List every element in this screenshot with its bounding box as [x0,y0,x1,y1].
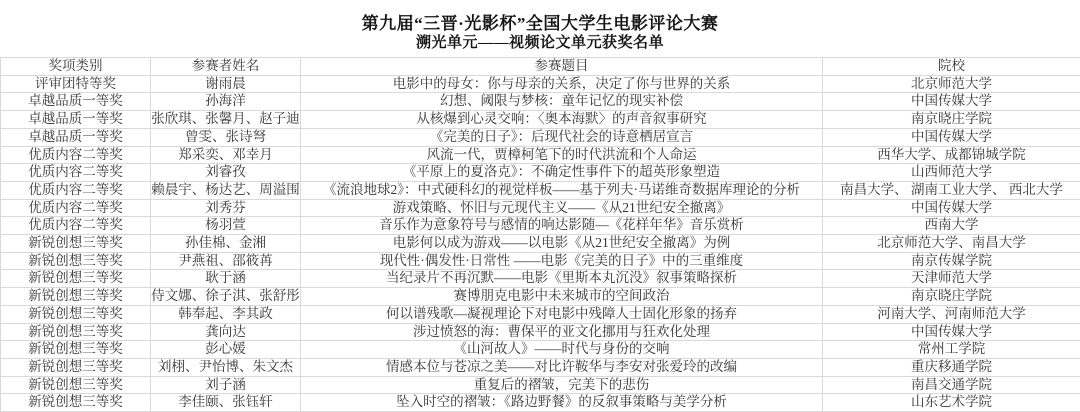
title-cell: 情感本位与苍凉之美——对比许鞍华与李安对张爱玲的改编 [301,358,823,376]
title-cell: 重复后的褶皱，完美下的悲伤 [301,376,823,394]
table-row: 优质内容二等奖刘睿孜《平原上的夏洛克》：不确定性事件下的超英形象塑造山西师范大学 [1,164,1080,182]
title-cell: 赛博朋克电影中未来城市的空间政治 [301,288,823,306]
table-row: 卓越品质一等奖曾雯、张诗弩《完美的日子》：后现代社会的诗意栖居宣言中国传媒大学 [1,128,1080,146]
title-cell: 《平原上的夏洛克》：不确定性事件下的超英形象塑造 [301,164,823,182]
school-cell: 南京晓庄学院 [823,288,1080,306]
school-cell: 河南大学、河南师范大学 [823,305,1080,323]
names-cell: 谢雨晨 [151,75,301,93]
names-cell: 刘栩、尹怡博、朱文杰 [151,358,301,376]
school-cell: 中国传媒大学 [823,199,1080,217]
school-cell: 中国传媒大学 [823,93,1080,111]
award-list-document: 第九届“三晋·光影杯”全国大学生电影评论大赛 溯光单元——视频论文单元获奖名单 … [0,0,1080,412]
table-row: 优质内容二等奖赖晨宇、杨达艺、周溢围《流浪地球2》：中式硬科幻的视觉样板——基于… [1,181,1080,199]
school-cell: 天津师范大学 [823,270,1080,288]
title-cell: 现代性·偶发性·日常性 ——电影《完美的日子》中的三重维度 [301,252,823,270]
names-cell: 尹燕祖、邵筱苒 [151,252,301,270]
school-cell: 西南大学 [823,217,1080,235]
names-cell: 李佳颐、张钰轩 [151,394,301,412]
school-cell: 南昌大学、 湖南工业大学、 西北大学 [823,181,1080,199]
table-row: 新锐创想三等奖刘栩、尹怡博、朱文杰情感本位与苍凉之美——对比许鞍华与李安对张爱玲… [1,358,1080,376]
awards-table: 奖项类别 参赛者姓名 参赛题目 院校 评审团特等奖谢雨晨电影中的母女：你与母亲的… [0,57,1080,412]
names-cell: 刘子涵 [151,376,301,394]
names-cell: 刘秀芬 [151,199,301,217]
names-cell: 孙佳棉、金湘 [151,235,301,253]
names-cell: 郑采奕、邓幸月 [151,146,301,164]
title-cell: 游戏策略、怀旧与元现代主义——《从21世纪安全撤离》 [301,199,823,217]
title-cell: 电影中的母女：你与母亲的关系，决定了你与世界的关系 [301,75,823,93]
award-cell: 优质内容二等奖 [1,199,151,217]
award-cell: 新锐创想三等奖 [1,376,151,394]
table-row: 新锐创想三等奖尹燕祖、邵筱苒现代性·偶发性·日常性 ——电影《完美的日子》中的三… [1,252,1080,270]
table-row: 新锐创想三等奖孙佳棉、金湘电影何以成为游戏——以电影《从21世纪安全撤离》为例北… [1,235,1080,253]
names-cell: 耿于涵 [151,270,301,288]
title-cell: 当纪录片不再沉默——电影《里斯本丸沉没》叙事策略探析 [301,270,823,288]
school-cell: 北京师范大学 [823,75,1080,93]
school-cell: 常州工学院 [823,341,1080,359]
award-cell: 优质内容二等奖 [1,181,151,199]
title-cell: 风流一代，贾樟柯笔下的时代洪流和个人命运 [301,146,823,164]
title-cell: 涉过愤怒的海：曹保平的亚文化挪用与狂欢化处理 [301,323,823,341]
title-cell: 《流浪地球2》：中式硬科幻的视觉样板——基于列夫·马诺维奇数据库理论的分析 [301,181,823,199]
school-cell: 山东艺术学院 [823,394,1080,412]
table-row: 新锐创想三等奖耿于涵当纪录片不再沉默——电影《里斯本丸沉没》叙事策略探析天津师范… [1,270,1080,288]
table-row: 优质内容二等奖郑采奕、邓幸月风流一代，贾樟柯笔下的时代洪流和个人命运西华大学、成… [1,146,1080,164]
table-row: 评审团特等奖谢雨晨电影中的母女：你与母亲的关系，决定了你与世界的关系北京师范大学 [1,75,1080,93]
header-participant-names: 参赛者姓名 [151,58,301,76]
table-body: 评审团特等奖谢雨晨电影中的母女：你与母亲的关系，决定了你与世界的关系北京师范大学… [1,75,1080,411]
award-cell: 新锐创想三等奖 [1,323,151,341]
names-cell: 张欣琪、张馨月、赵子迪 [151,111,301,129]
names-cell: 曾雯、张诗弩 [151,128,301,146]
school-cell: 中国传媒大学 [823,323,1080,341]
table-row: 优质内容二等奖刘秀芬游戏策略、怀旧与元现代主义——《从21世纪安全撤离》中国传媒… [1,199,1080,217]
award-cell: 新锐创想三等奖 [1,358,151,376]
title-cell: 《山河故人》——时代与身份的交响 [301,341,823,359]
document-subtitle: 溯光单元——视频论文单元获奖名单 [0,34,1080,53]
award-cell: 卓越品质一等奖 [1,93,151,111]
names-cell: 赖晨宇、杨达艺、周溢围 [151,181,301,199]
school-cell: 重庆移通学院 [823,358,1080,376]
award-cell: 新锐创想三等奖 [1,252,151,270]
names-cell: 孙海洋 [151,93,301,111]
table-row: 新锐创想三等奖彭心媛《山河故人》——时代与身份的交响常州工学院 [1,341,1080,359]
header-award-category: 奖项类别 [1,58,151,76]
names-cell: 彭心媛 [151,341,301,359]
document-title: 第九届“三晋·光影杯”全国大学生电影评论大赛 [0,0,1080,34]
school-cell: 北京师范大学、南昌大学 [823,235,1080,253]
award-cell: 优质内容二等奖 [1,146,151,164]
table-row: 卓越品质一等奖孙海洋幻想、阈限与梦核：童年记忆的现实补偿中国传媒大学 [1,93,1080,111]
table-row: 优质内容二等奖杨羽萱音乐作为意象符号与感情的响达影随—《花样年华》音乐赏析西南大… [1,217,1080,235]
names-cell: 侍文娜、徐子淇、张舒彤 [151,288,301,306]
award-cell: 新锐创想三等奖 [1,270,151,288]
title-cell: 从核爆到心灵交响：〈奥本海默〉的声音叙事研究 [301,111,823,129]
table-row: 新锐创想三等奖李佳颐、张钰轩坠入时空的褶皱：《路边野餐》的反叙事策略与美学分析山… [1,394,1080,412]
title-cell: 幻想、阈限与梦核：童年记忆的现实补偿 [301,93,823,111]
award-cell: 新锐创想三等奖 [1,288,151,306]
header-institution: 院校 [823,58,1080,76]
table-row: 卓越品质一等奖张欣琪、张馨月、赵子迪从核爆到心灵交响：〈奥本海默〉的声音叙事研究… [1,111,1080,129]
names-cell: 韩奉起、李其政 [151,305,301,323]
table-row: 新锐创想三等奖龚向达涉过愤怒的海：曹保平的亚文化挪用与狂欢化处理中国传媒大学 [1,323,1080,341]
title-cell: 电影何以成为游戏——以电影《从21世纪安全撤离》为例 [301,235,823,253]
school-cell: 中国传媒大学 [823,128,1080,146]
award-cell: 新锐创想三等奖 [1,235,151,253]
award-cell: 卓越品质一等奖 [1,111,151,129]
names-cell: 杨羽萱 [151,217,301,235]
header-row: 奖项类别 参赛者姓名 参赛题目 院校 [1,58,1080,76]
school-cell: 山西师范大学 [823,164,1080,182]
title-cell: 何以谱残歌—凝视理论下对电影中残障人士固化形象的扬弃 [301,305,823,323]
school-cell: 南京晓庄学院 [823,111,1080,129]
school-cell: 南京传媒学院 [823,252,1080,270]
award-cell: 新锐创想三等奖 [1,341,151,359]
award-cell: 新锐创想三等奖 [1,394,151,412]
table-row: 新锐创想三等奖韩奉起、李其政何以谱残歌—凝视理论下对电影中残障人士固化形象的扬弃… [1,305,1080,323]
title-cell: 音乐作为意象符号与感情的响达影随—《花样年华》音乐赏析 [301,217,823,235]
award-cell: 优质内容二等奖 [1,217,151,235]
award-cell: 评审团特等奖 [1,75,151,93]
award-cell: 卓越品质一等奖 [1,128,151,146]
award-cell: 优质内容二等奖 [1,164,151,182]
header-entry-title: 参赛题目 [301,58,823,76]
names-cell: 刘睿孜 [151,164,301,182]
title-cell: 《完美的日子》：后现代社会的诗意栖居宣言 [301,128,823,146]
table-row: 新锐创想三等奖侍文娜、徐子淇、张舒彤赛博朋克电影中未来城市的空间政治南京晓庄学院 [1,288,1080,306]
award-cell: 新锐创想三等奖 [1,305,151,323]
school-cell: 西华大学、成都锦城学院 [823,146,1080,164]
names-cell: 龚向达 [151,323,301,341]
title-cell: 坠入时空的褶皱：《路边野餐》的反叙事策略与美学分析 [301,394,823,412]
school-cell: 南昌交通学院 [823,376,1080,394]
table-row: 新锐创想三等奖刘子涵重复后的褶皱，完美下的悲伤南昌交通学院 [1,376,1080,394]
